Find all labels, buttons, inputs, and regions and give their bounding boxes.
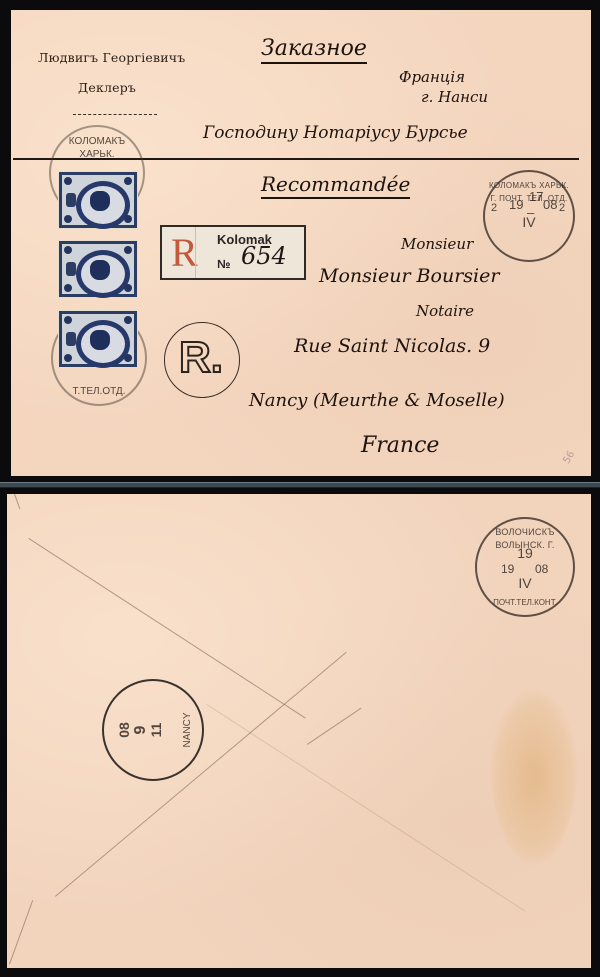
pencil-note: 56: [561, 449, 577, 466]
addressee-ru: Господину Нотаріусу Бурсье: [203, 123, 468, 143]
postmark-volochisk: ВОЛОЧИСКЪ ВОЛЫНСК. Г. 19 19 08 IV ПОЧТ.Т…: [475, 517, 575, 617]
image-divider: [0, 482, 600, 488]
water-stain: [490, 690, 578, 865]
address-line-1: Monsieur: [401, 235, 473, 253]
flap-line: [307, 708, 361, 745]
postage-stamp-3: [59, 311, 137, 367]
address-line-5: Nancy (Meurthe & Moselle): [249, 390, 505, 411]
registration-label: R Kolomak № 654: [160, 225, 306, 280]
eagle-icon: [90, 330, 110, 350]
registration-number: 654: [241, 242, 287, 270]
flap-line: [14, 494, 20, 509]
city-ru: г. Нанси: [421, 88, 488, 106]
sender-name: Людвигъ Георгіевичъ: [38, 50, 185, 65]
eagle-icon: [90, 191, 110, 211]
envelope-front: Людвигъ Георгіевичъ Деклеръ Заказное Фра…: [11, 10, 591, 476]
postage-stamp-1: [59, 172, 137, 228]
registration-r-handstamp: R.: [164, 322, 240, 398]
registration-r-letter: R: [171, 233, 198, 273]
address-line-3: Notaire: [416, 302, 474, 320]
flap-line: [206, 704, 525, 912]
recommended-label: Recommandée: [261, 172, 410, 199]
eagle-icon: [90, 260, 110, 280]
address-line-6: France: [361, 433, 439, 458]
sender-rule: [73, 114, 157, 115]
country-ru: Франція: [399, 68, 465, 86]
address-line-2: Monsieur Boursier: [319, 265, 499, 287]
address-line-4: Rue Saint Nicolas. 9: [294, 335, 490, 357]
postage-stamp-2: [59, 241, 137, 297]
flap-line: [55, 652, 347, 897]
flap-line: [9, 900, 33, 964]
sender-surname: Деклеръ: [78, 80, 136, 95]
registration-number-prefix: №: [217, 257, 230, 271]
registered-label-ru: Заказное: [261, 36, 367, 64]
envelope-back: ВОЛОЧИСКЪ ВОЛЫНСК. Г. 19 19 08 IV ПОЧТ.Т…: [7, 494, 591, 968]
postmark-kolomak-right: КОЛОМАКЪ ХАРЬК. Г. ПОЧТ. ТЕЛ. ОТД. 19 17…: [483, 170, 575, 262]
postmark-nancy: 9 11 08 NANCY: [102, 679, 204, 781]
